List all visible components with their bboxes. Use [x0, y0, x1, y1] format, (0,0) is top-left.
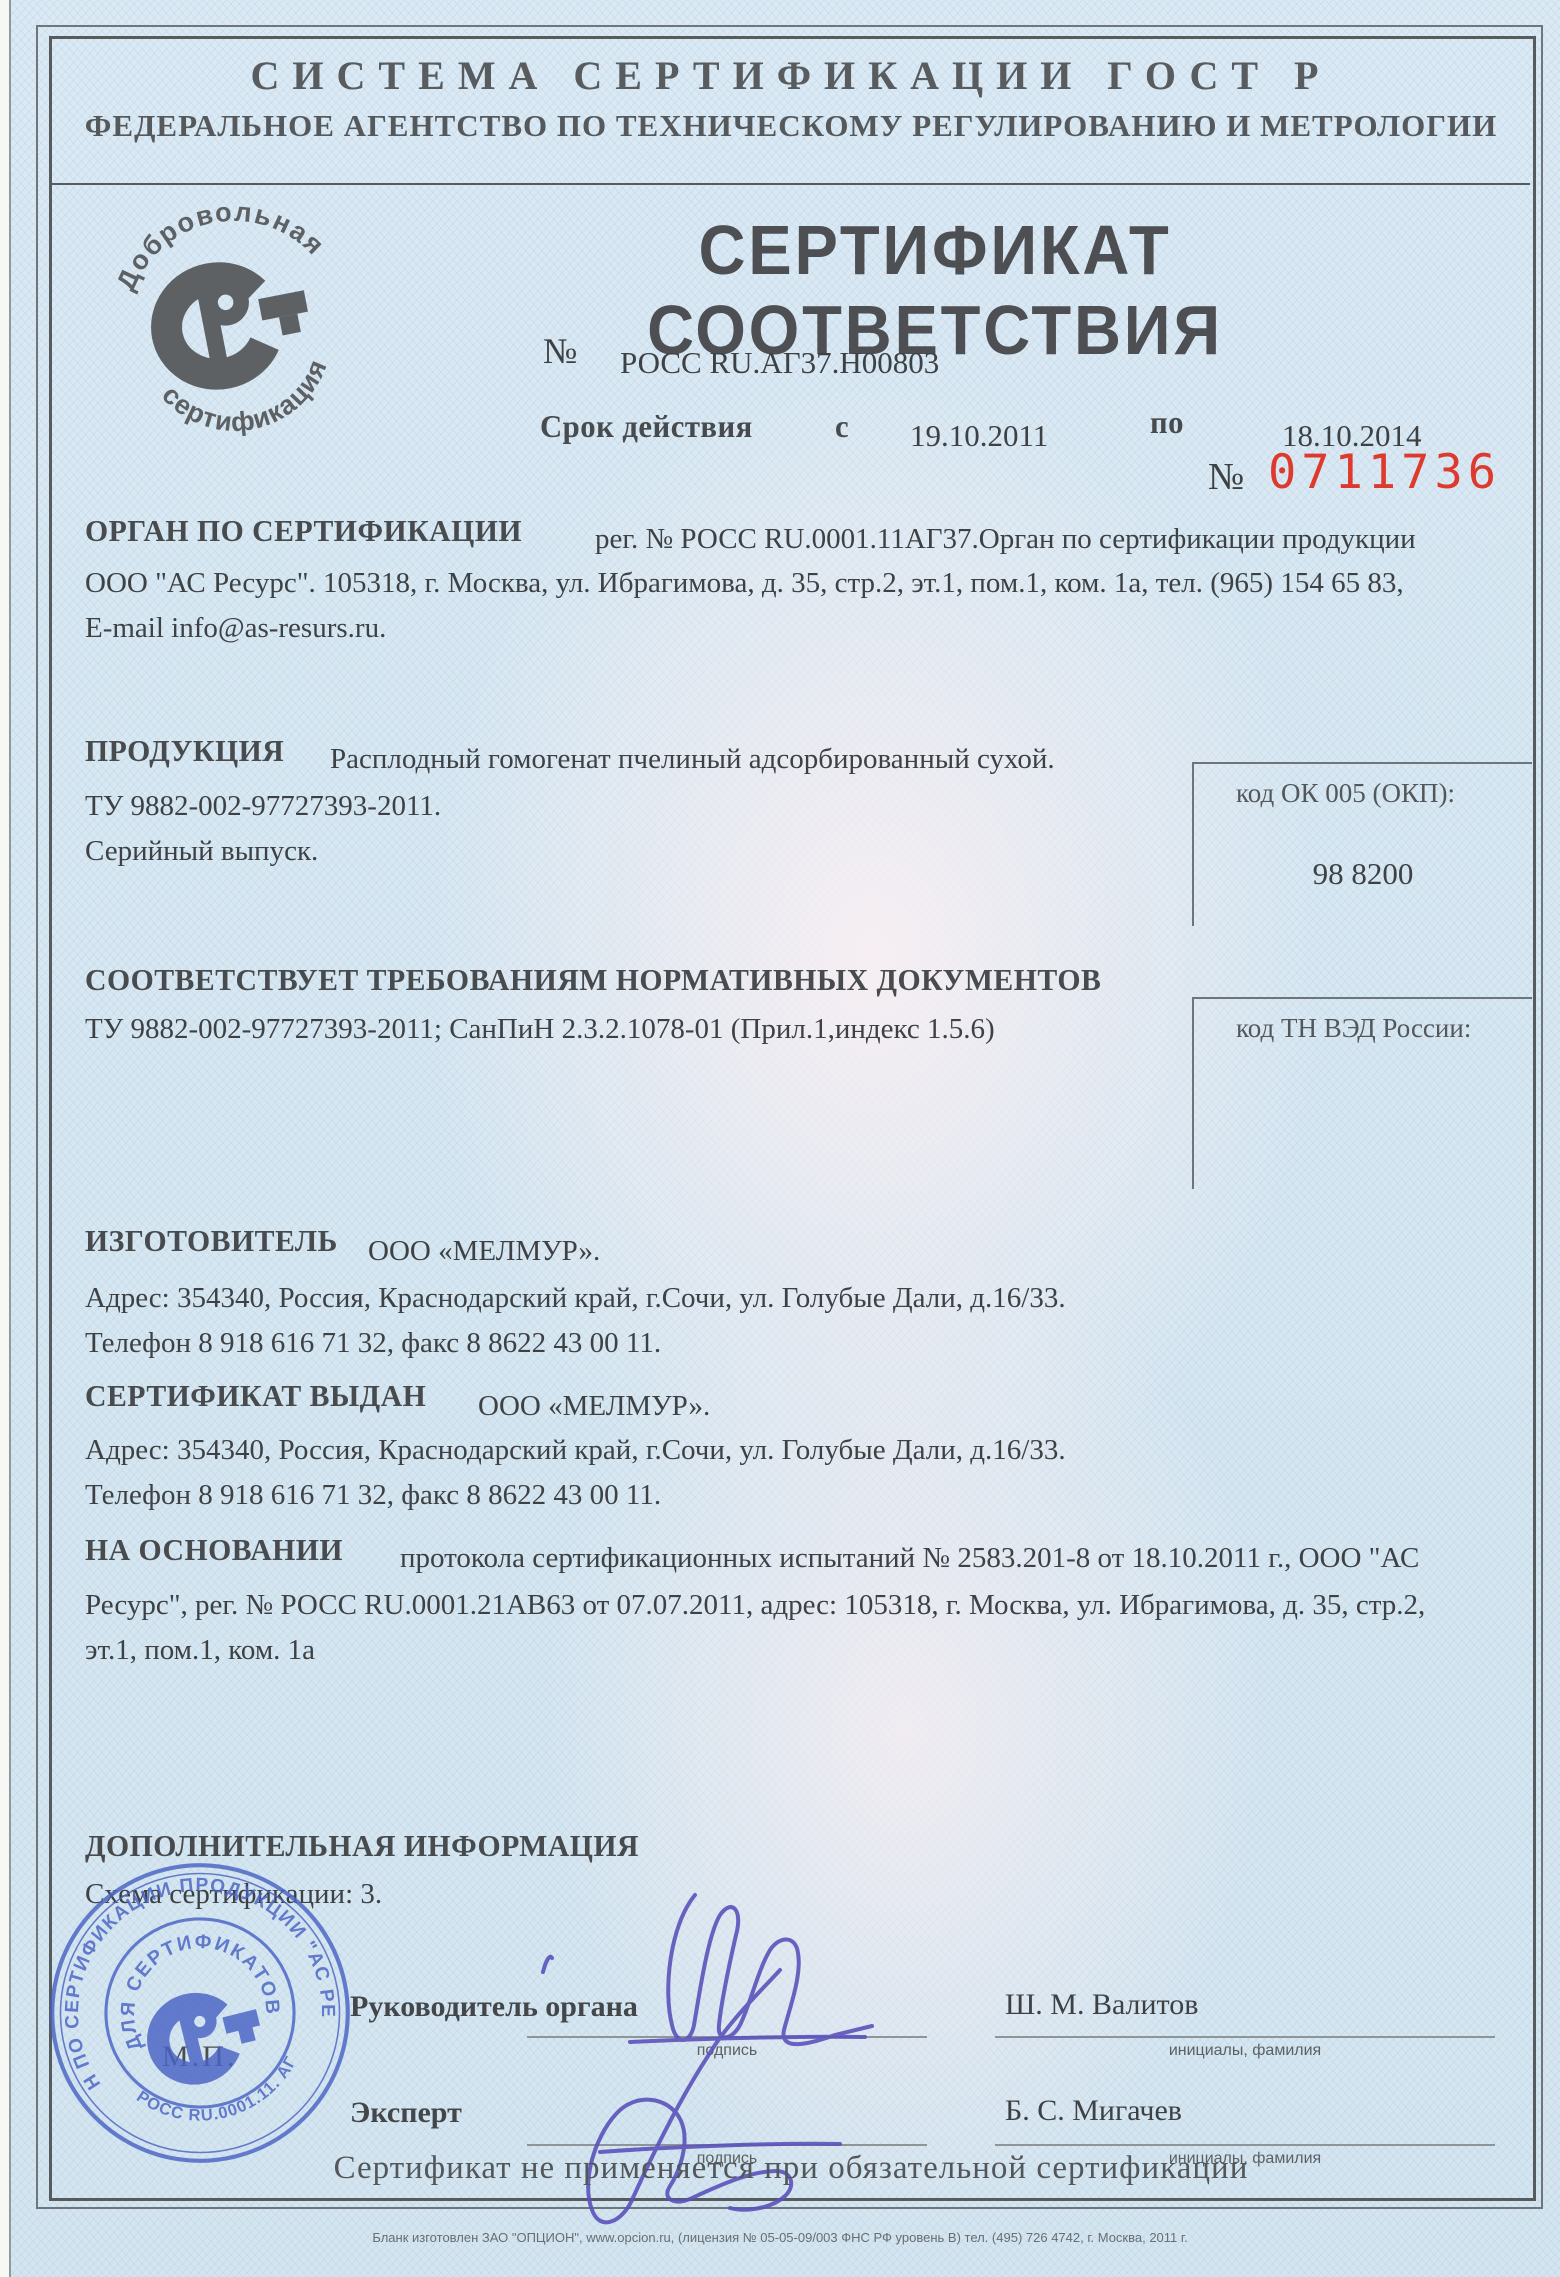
basis-label: НА ОСНОВАНИИ [85, 1532, 354, 1568]
manufacturer-inline: ООО «МЕЛМУР». [368, 1235, 600, 1268]
issued-to-line3: Телефон 8 918 616 71 32, факс 8 8622 43 … [85, 1479, 661, 1512]
header-divider [52, 183, 1530, 185]
certification-stamp: ОРГАН ПО СЕРТИФИКАЦИИ ПРОДУКЦИИ "АС РЕСУ… [45, 1858, 355, 2168]
organ-line2: ООО "АС Ресурс". 105318, г. Москва, ул. … [85, 567, 1404, 600]
conforms-line: ТУ 9882-002-97727393-2011; СанПиН 2.3.2.… [85, 1013, 995, 1046]
issued-to-inline: ООО «МЕЛМУР». [478, 1390, 710, 1423]
validity-from-date: 19.10.2011 [910, 418, 1048, 454]
agency-title: ФЕДЕРАЛЬНОЕ АГЕНТСТВО ПО ТЕХНИЧЕСКОМУ РЕ… [52, 108, 1530, 144]
okp-code-label: код ОК 005 (ОКП): [1236, 778, 1455, 809]
okp-code-value: 98 8200 [1194, 856, 1532, 892]
blank-number-label: № [1208, 455, 1244, 499]
footer-note: Сертификат не применяется при обязательн… [52, 2150, 1530, 2187]
system-title: СИСТЕМА СЕРТИФИКАЦИИ ГОСТ Р [52, 52, 1530, 99]
organ-line3: E-mail info@as-resurs.ru. [85, 612, 386, 645]
head-name-caption: инициалы, фамилия [995, 2042, 1495, 2060]
expert-name-line [995, 2108, 1495, 2146]
basis-line2: Ресурс", рег. № РОСС RU.0001.21АВ63 от 0… [85, 1589, 1425, 1622]
organ-inline: рег. № РОСС RU.0001.11АГ37.Орган по серт… [595, 523, 1416, 556]
tnved-code-label: код ТН ВЭД России: [1236, 1013, 1471, 1044]
manufacturer-line3: Телефон 8 918 616 71 32, факс 8 8622 43 … [85, 1327, 661, 1360]
rst-mark-stamp [151, 1989, 267, 2081]
cert-number-value: РОСС RU.АГ37.Н00803 [620, 345, 939, 381]
issued-to-label: СЕРТИФИКАТ ВЫДАН [85, 1378, 440, 1414]
conforms-label: СООТВЕТСТВУЕТ ТРЕБОВАНИЯМ НОРМАТИВНЫХ ДО… [85, 962, 1144, 998]
blank-number-value: 0711736 [1268, 445, 1501, 500]
scan-edge [0, 0, 11, 2277]
product-line3: Серийный выпуск. [85, 835, 318, 868]
cert-number-label: № [543, 330, 577, 372]
manufacturer-line2: Адрес: 354340, Россия, Краснодарский кра… [85, 1282, 1066, 1315]
validity-to-label: по [1150, 404, 1185, 441]
head-signature-tail [630, 2037, 865, 2042]
manufacturer-label: ИЗГОТОВИТЕЛЬ [85, 1223, 348, 1259]
rst-voluntary-logo: Добровольная сертификация [88, 196, 378, 446]
basis-line3: эт.1, пом.1, ком. 1а [85, 1634, 315, 1667]
fine-print: Бланк изготовлен ЗАО "ОПЦИОН", www.opcio… [0, 2230, 1560, 2245]
validity-label: Срок действия [540, 408, 762, 445]
issued-to-line2: Адрес: 354340, Россия, Краснодарский кра… [85, 1434, 1066, 1467]
expert-role-label: Эксперт [350, 2096, 462, 2130]
product-label: ПРОДУКЦИЯ [85, 733, 292, 769]
product-inline: Расплодный гомогенат пчелиный адсорбиров… [330, 743, 1055, 776]
head-name-line [995, 2000, 1495, 2038]
okp-code-box: код ОК 005 (ОКП): 98 8200 [1192, 762, 1532, 926]
product-line2: ТУ 9882-002-97727393-2011. [85, 790, 441, 823]
tnved-code-box: код ТН ВЭД России: [1192, 997, 1532, 1189]
basis-inline: протокола сертификационных испытаний № 2… [400, 1542, 1419, 1575]
handwritten-signatures [480, 1840, 980, 2260]
organ-label: ОРГАН ПО СЕРТИФИКАЦИИ [85, 513, 540, 549]
certificate-page: СИСТЕМА СЕРТИФИКАЦИИ ГОСТ Р ФЕДЕРАЛЬНОЕ … [0, 0, 1560, 2277]
rst-mark-gray [158, 261, 316, 383]
head-signature-stroke [543, 1895, 872, 2044]
validity-from-label: с [835, 408, 850, 445]
